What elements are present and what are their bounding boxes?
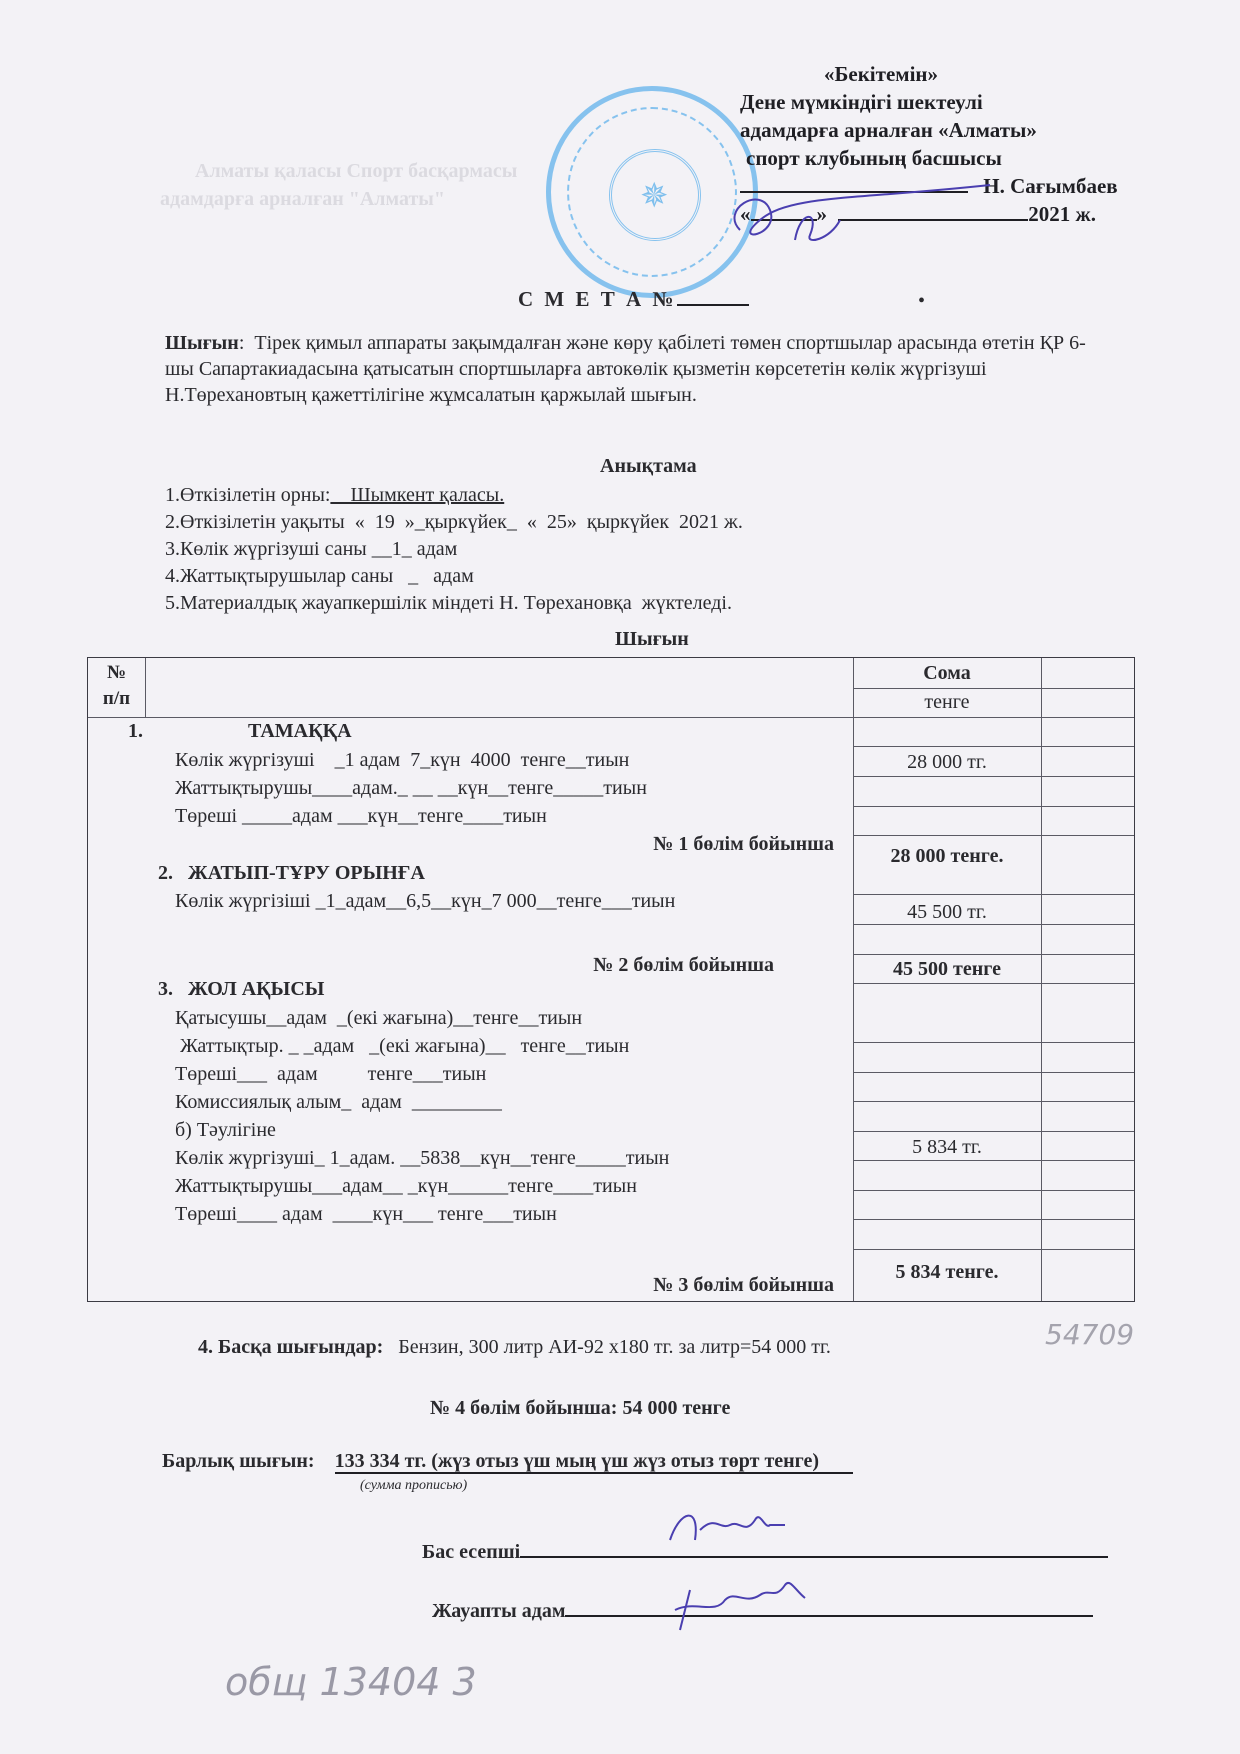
other-expenses-label: 4. Басқа шығындар: xyxy=(198,1336,383,1358)
approver-name: Н. Сағымбаев xyxy=(983,174,1117,198)
reference-list: 1.Өткізілетін орны:__Шымкент қаласы. 2.Ө… xyxy=(165,482,743,617)
row-amount: 5 834 тг. xyxy=(853,1136,1041,1159)
section-3-subtotal: 5 834 тенге. xyxy=(853,1261,1041,1284)
row-divider xyxy=(88,717,1134,718)
reference-title: Анықтама xyxy=(600,455,697,478)
other-expenses: 4. Басқа шығындар: Бензин, 300 литр АИ-9… xyxy=(198,1336,831,1359)
section-4-total: № 4 бөлім бойынша: 54 000 тенге xyxy=(430,1397,730,1420)
section-2-subtotal: 45 500 тенге xyxy=(853,958,1041,981)
chief-accountant-signature xyxy=(660,1500,800,1560)
header-currency: тенге xyxy=(853,691,1041,714)
reference-item: 3.Көлік жүргізуші саны __1_ адам xyxy=(165,536,743,563)
header-number: № п/п xyxy=(88,660,145,712)
section-2-subtotal-label: № 2 бөлім бойынша xyxy=(593,954,774,977)
row-divider xyxy=(853,1249,1134,1250)
column-divider xyxy=(145,658,146,717)
table-row: Комиссиялық алым_ адам _________ xyxy=(175,1091,502,1114)
section-3-number: 3. xyxy=(158,978,173,1001)
table-row: Төреші____ адам ____күн___ тенге___тиын xyxy=(175,1203,557,1226)
row-divider xyxy=(853,924,1134,925)
section-3-title: ЖОЛ АҚЫСЫ xyxy=(188,978,324,1001)
row-divider xyxy=(853,894,1134,895)
row-divider xyxy=(853,806,1134,807)
signature-line xyxy=(520,1538,1108,1558)
column-divider xyxy=(1041,658,1042,1301)
row-divider xyxy=(853,983,1134,984)
approval-year: 2021 ж. xyxy=(1028,202,1096,226)
reference-item: 2.Өткізілетін уақыты « 19 »_қыркүйек_ « … xyxy=(165,509,743,536)
table-row: Төреші___ адам тенге___тиын xyxy=(175,1063,486,1086)
expense-description: Шығын: Тірек қимыл аппараты зақымдалған … xyxy=(165,330,1095,408)
row-divider xyxy=(853,746,1134,747)
document-title-text: С М Е Т А № xyxy=(518,287,677,311)
bleed-through-text: адамдарға арналған "Алматы" xyxy=(160,188,445,211)
document-title: С М Е Т А № xyxy=(518,286,749,312)
grand-total-amount: 133 334 тг. (жүз отыз үш мың үш жүз отыз… xyxy=(335,1450,819,1472)
responsible-person-signature xyxy=(665,1570,825,1640)
handwritten-bottom-note: общ 13404 3 xyxy=(225,1660,477,1704)
row-divider xyxy=(853,688,1134,689)
stamp-emblem-icon: ✵ xyxy=(640,176,669,216)
approval-heading: «Бекітемін» xyxy=(740,60,1160,88)
table-row: Көлік жүргізуші_ 1_адам. __5838__күн__те… xyxy=(175,1147,669,1170)
grand-total-label: Барлық шығын: xyxy=(162,1450,315,1472)
approval-line: адамдарға арналған «Алматы» xyxy=(740,116,1160,144)
reference-item: 1.Өткізілетін орны:__Шымкент қаласы. xyxy=(165,482,743,509)
row-amount: 28 000 тг. xyxy=(853,751,1041,774)
bleed-through-text: Алматы қаласы Спорт басқармасы xyxy=(195,160,517,183)
row-divider xyxy=(853,1190,1134,1191)
table-row: Қатысушы__адам _(екі жағына)__тенге__тиы… xyxy=(175,1007,582,1030)
table-row: Жаттықтырушы____адам._ __ __күн__тенге__… xyxy=(175,777,647,800)
section-1-subtotal-label: № 1 бөлім бойынша xyxy=(653,833,834,856)
grand-total: Барлық шығын: 133 334 тг. (жүз отыз үш м… xyxy=(162,1450,853,1473)
row-divider xyxy=(853,954,1134,955)
dot-mark: • xyxy=(918,290,925,313)
chief-accountant-label: Бас есепші xyxy=(422,1541,520,1563)
row-divider xyxy=(853,1101,1134,1102)
table-caption: Шығын xyxy=(615,628,689,651)
section-1-number: 1. xyxy=(128,720,143,743)
approval-line: Дене мүмкіндігі шектеулі xyxy=(740,88,1160,116)
section-2-number: 2. xyxy=(158,862,173,885)
section-1-subtotal: 28 000 тенге. xyxy=(853,845,1041,868)
header-amount: Сома xyxy=(853,662,1041,685)
handwritten-note: 54709 xyxy=(1045,1318,1134,1351)
approver-signature xyxy=(700,180,1000,250)
other-expenses-text: Бензин, 300 литр АИ-92 х180 тг. за литр=… xyxy=(398,1336,831,1358)
table-row: Көлік жүргізіші _1_адам__6,5__күн_7 000_… xyxy=(175,890,675,913)
table-row: Төреші _____адам ___күн__тенге____тиын xyxy=(175,805,547,828)
expense-label: Шығын xyxy=(165,332,239,354)
signature-line xyxy=(565,1597,1093,1617)
document-number-blank xyxy=(677,286,749,306)
approval-line: спорт клубының басшысы xyxy=(740,144,1160,172)
responsible-person-label: Жауапты адам xyxy=(432,1600,565,1622)
row-amount: 45 500 тг. xyxy=(853,901,1041,924)
row-divider xyxy=(853,835,1134,836)
section-3-subtotal-label: № 3 бөлім бойынша xyxy=(653,1274,834,1297)
row-divider xyxy=(853,776,1134,777)
row-divider xyxy=(853,1219,1134,1220)
row-divider xyxy=(853,1131,1134,1132)
table-row: Көлік жүргізуші _1 адам 7_күн 4000 тенге… xyxy=(175,749,629,772)
amount-in-words-note: (сумма прописью) xyxy=(360,1478,467,1494)
section-2-title: ЖАТЫП-ТҰРУ ОРЫНҒА xyxy=(188,862,425,885)
expense-table: № п/п Сома тенге 1. ТАМАҚҚА Көлік жүргіз… xyxy=(87,657,1135,1302)
table-row: Жаттықтырушы___адам__ _күн______тенге___… xyxy=(175,1175,637,1198)
row-divider xyxy=(853,1160,1134,1161)
reference-item: 4.Жаттықтырушылар саны _ адам xyxy=(165,563,743,590)
row-divider xyxy=(853,1072,1134,1073)
expense-text: Тірек қимыл аппараты зақымдалған және кө… xyxy=(165,332,1086,406)
row-divider xyxy=(853,1042,1134,1043)
grand-total-value-wrap: 133 334 тг. (жүз отыз үш мың үш жүз отыз… xyxy=(335,1450,853,1474)
table-row: б) Тәулігіне xyxy=(175,1119,276,1142)
section-1-title: ТАМАҚҚА xyxy=(248,720,352,743)
table-row: Жаттықтыр. _ _адам _(екі жағына)__ тенге… xyxy=(175,1035,629,1058)
reference-item: 5.Материалдық жауапкершілік міндеті Н. Т… xyxy=(165,590,743,617)
